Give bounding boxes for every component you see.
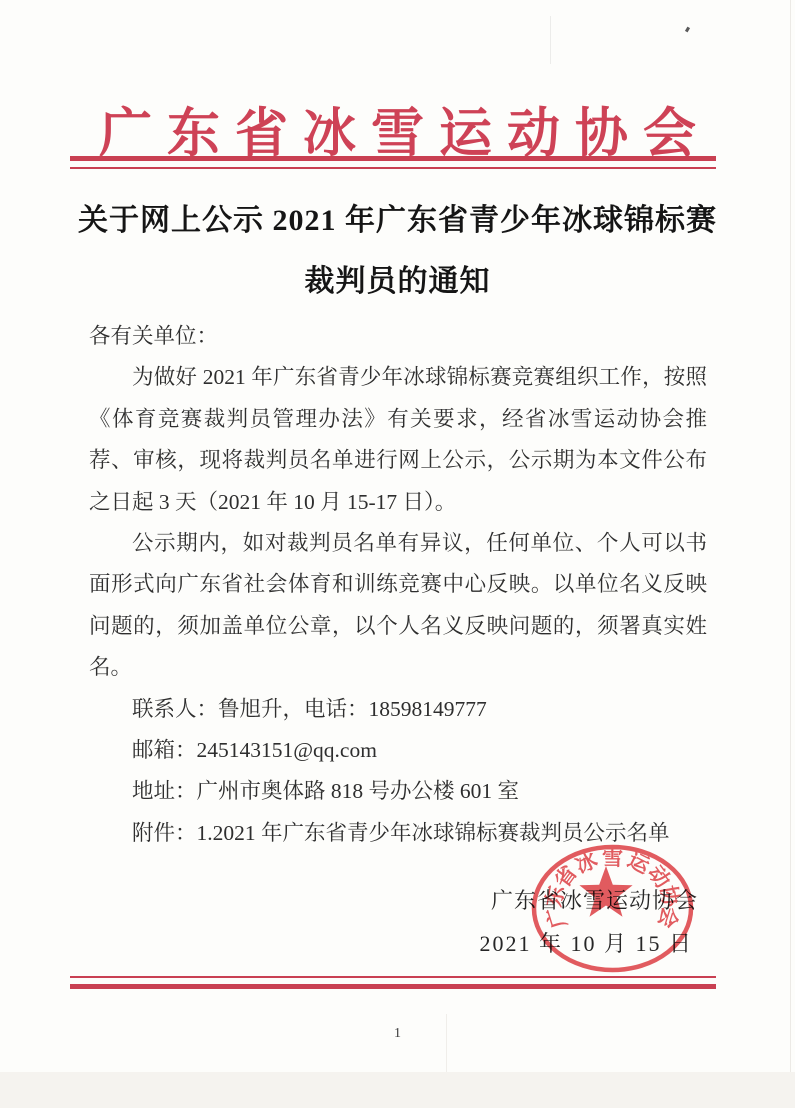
footer-rule-thin [70, 976, 716, 978]
contact-email-line: 邮箱：245143151@qq.com [89, 730, 707, 771]
seal-arc-character: 雪 [602, 846, 623, 870]
scan-artifact [685, 27, 690, 33]
scan-artifact [446, 1014, 447, 1072]
scan-edge-strip [0, 1072, 795, 1108]
footer-rule-thick [70, 984, 716, 989]
document-title: 关于网上公示 2021 年广东省青少年冰球锦标赛 裁判员的通知 [40, 190, 755, 312]
paragraph-announcement: 为做好 2021 年广东省青少年冰球锦标赛竞赛组织工作，按照《体育竞赛裁判员管理… [89, 357, 707, 523]
document-title-line-1: 关于网上公示 2021 年广东省青少年冰球锦标赛 [40, 190, 755, 251]
page-number: 1 [0, 1026, 795, 1042]
salutation: 各有关单位： [89, 316, 707, 357]
seal-arc-character: 会 [653, 904, 682, 931]
letterhead-rule-thin [70, 167, 716, 169]
official-seal: 广东省冰雪运动协会 [528, 840, 696, 974]
letterhead-rule-thick [70, 156, 716, 161]
contact-person-line: 联系人：鲁旭升，电话：18598149777 [89, 689, 707, 730]
paragraph-objection: 公示期内，如对裁判员名单有异议，任何单位、个人可以书面形式向广东省社会体育和训练… [89, 523, 707, 689]
scan-artifact [790, 0, 791, 1072]
document-title-line-2: 裁判员的通知 [40, 251, 755, 312]
scan-artifact [550, 16, 551, 64]
document-body: 各有关单位： 为做好 2021 年广东省青少年冰球锦标赛竞赛组织工作，按照《体育… [89, 316, 707, 854]
document-page: 广东省冰雪运动协会 关于网上公示 2021 年广东省青少年冰球锦标赛 裁判员的通… [0, 0, 795, 1108]
contact-address-line: 地址：广州市奥体路 818 号办公楼 601 室 [89, 771, 707, 812]
